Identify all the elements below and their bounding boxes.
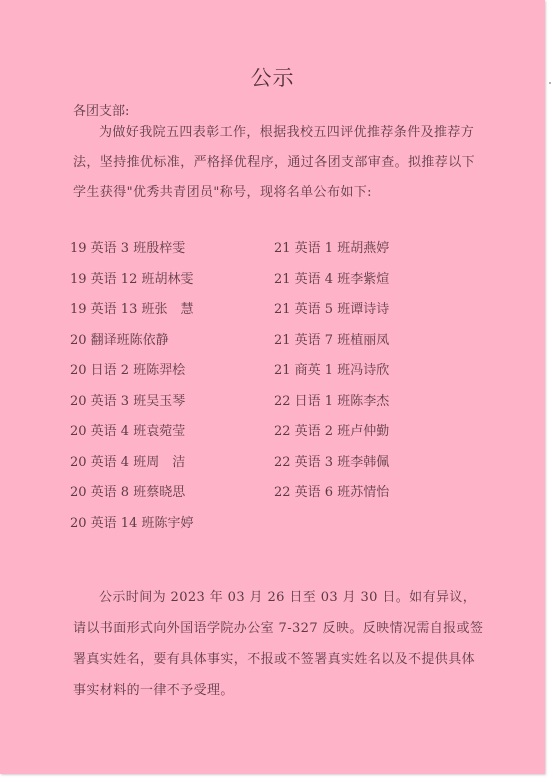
list-item: 22 英语 6 班苏情怡 <box>274 478 389 509</box>
list-item: 20 日语 2 班陈羿桧 <box>70 356 193 387</box>
list-item: 21 英语 4 班李紫煊 <box>274 265 389 296</box>
salutation: 各团支部: <box>73 100 129 119</box>
intro-paragraph: 为做好我院五四表彰工作，根据我校五四评优推荐条件及推荐方法，坚持推优标准，严格择… <box>73 118 488 208</box>
nominee-list-left: 19 英语 3 班殷梓雯 19 英语 12 班胡林雯 19 英语 13 班张 慧… <box>70 234 193 539</box>
list-item: 22 英语 3 班李韩佩 <box>274 448 389 479</box>
list-item: 22 日语 1 班陈李杰 <box>274 387 389 418</box>
list-item: 21 英语 5 班谭诗诗 <box>274 295 389 326</box>
list-item: 20 翻译班陈依静 <box>70 326 193 357</box>
list-item: 20 英语 4 班袁菀莹 <box>70 417 193 448</box>
list-item: 20 英语 14 班陈宇婷 <box>70 509 193 540</box>
list-item: 21 商英 1 班冯诗欣 <box>274 356 389 387</box>
list-item: 20 英语 3 班吴玉琴 <box>70 387 193 418</box>
nominee-list-right: 21 英语 1 班胡燕婷 21 英语 4 班李紫煊 21 英语 5 班谭诗诗 2… <box>274 234 389 509</box>
notice-paragraph: 公示时间为 2023 年 03 月 26 日至 03 月 30 日。如有异议，请… <box>73 582 488 706</box>
scan-speck <box>549 82 551 84</box>
pink-notice-sheet: 公示 各团支部: 为做好我院五四表彰工作，根据我校五四评优推荐条件及推荐方法，坚… <box>0 0 545 774</box>
page-title: 公示 <box>0 62 545 92</box>
list-item: 19 英语 13 班张 慧 <box>70 295 193 326</box>
list-item: 21 英语 1 班胡燕婷 <box>274 234 389 265</box>
list-item: 21 英语 7 班植丽凤 <box>274 326 389 357</box>
list-item: 20 英语 4 班周 洁 <box>70 448 193 479</box>
list-item: 19 英语 3 班殷梓雯 <box>70 234 193 265</box>
list-item: 20 英语 8 班蔡晓思 <box>70 478 193 509</box>
list-item: 19 英语 12 班胡林雯 <box>70 265 193 296</box>
list-item: 22 英语 2 班卢仲勤 <box>274 417 389 448</box>
